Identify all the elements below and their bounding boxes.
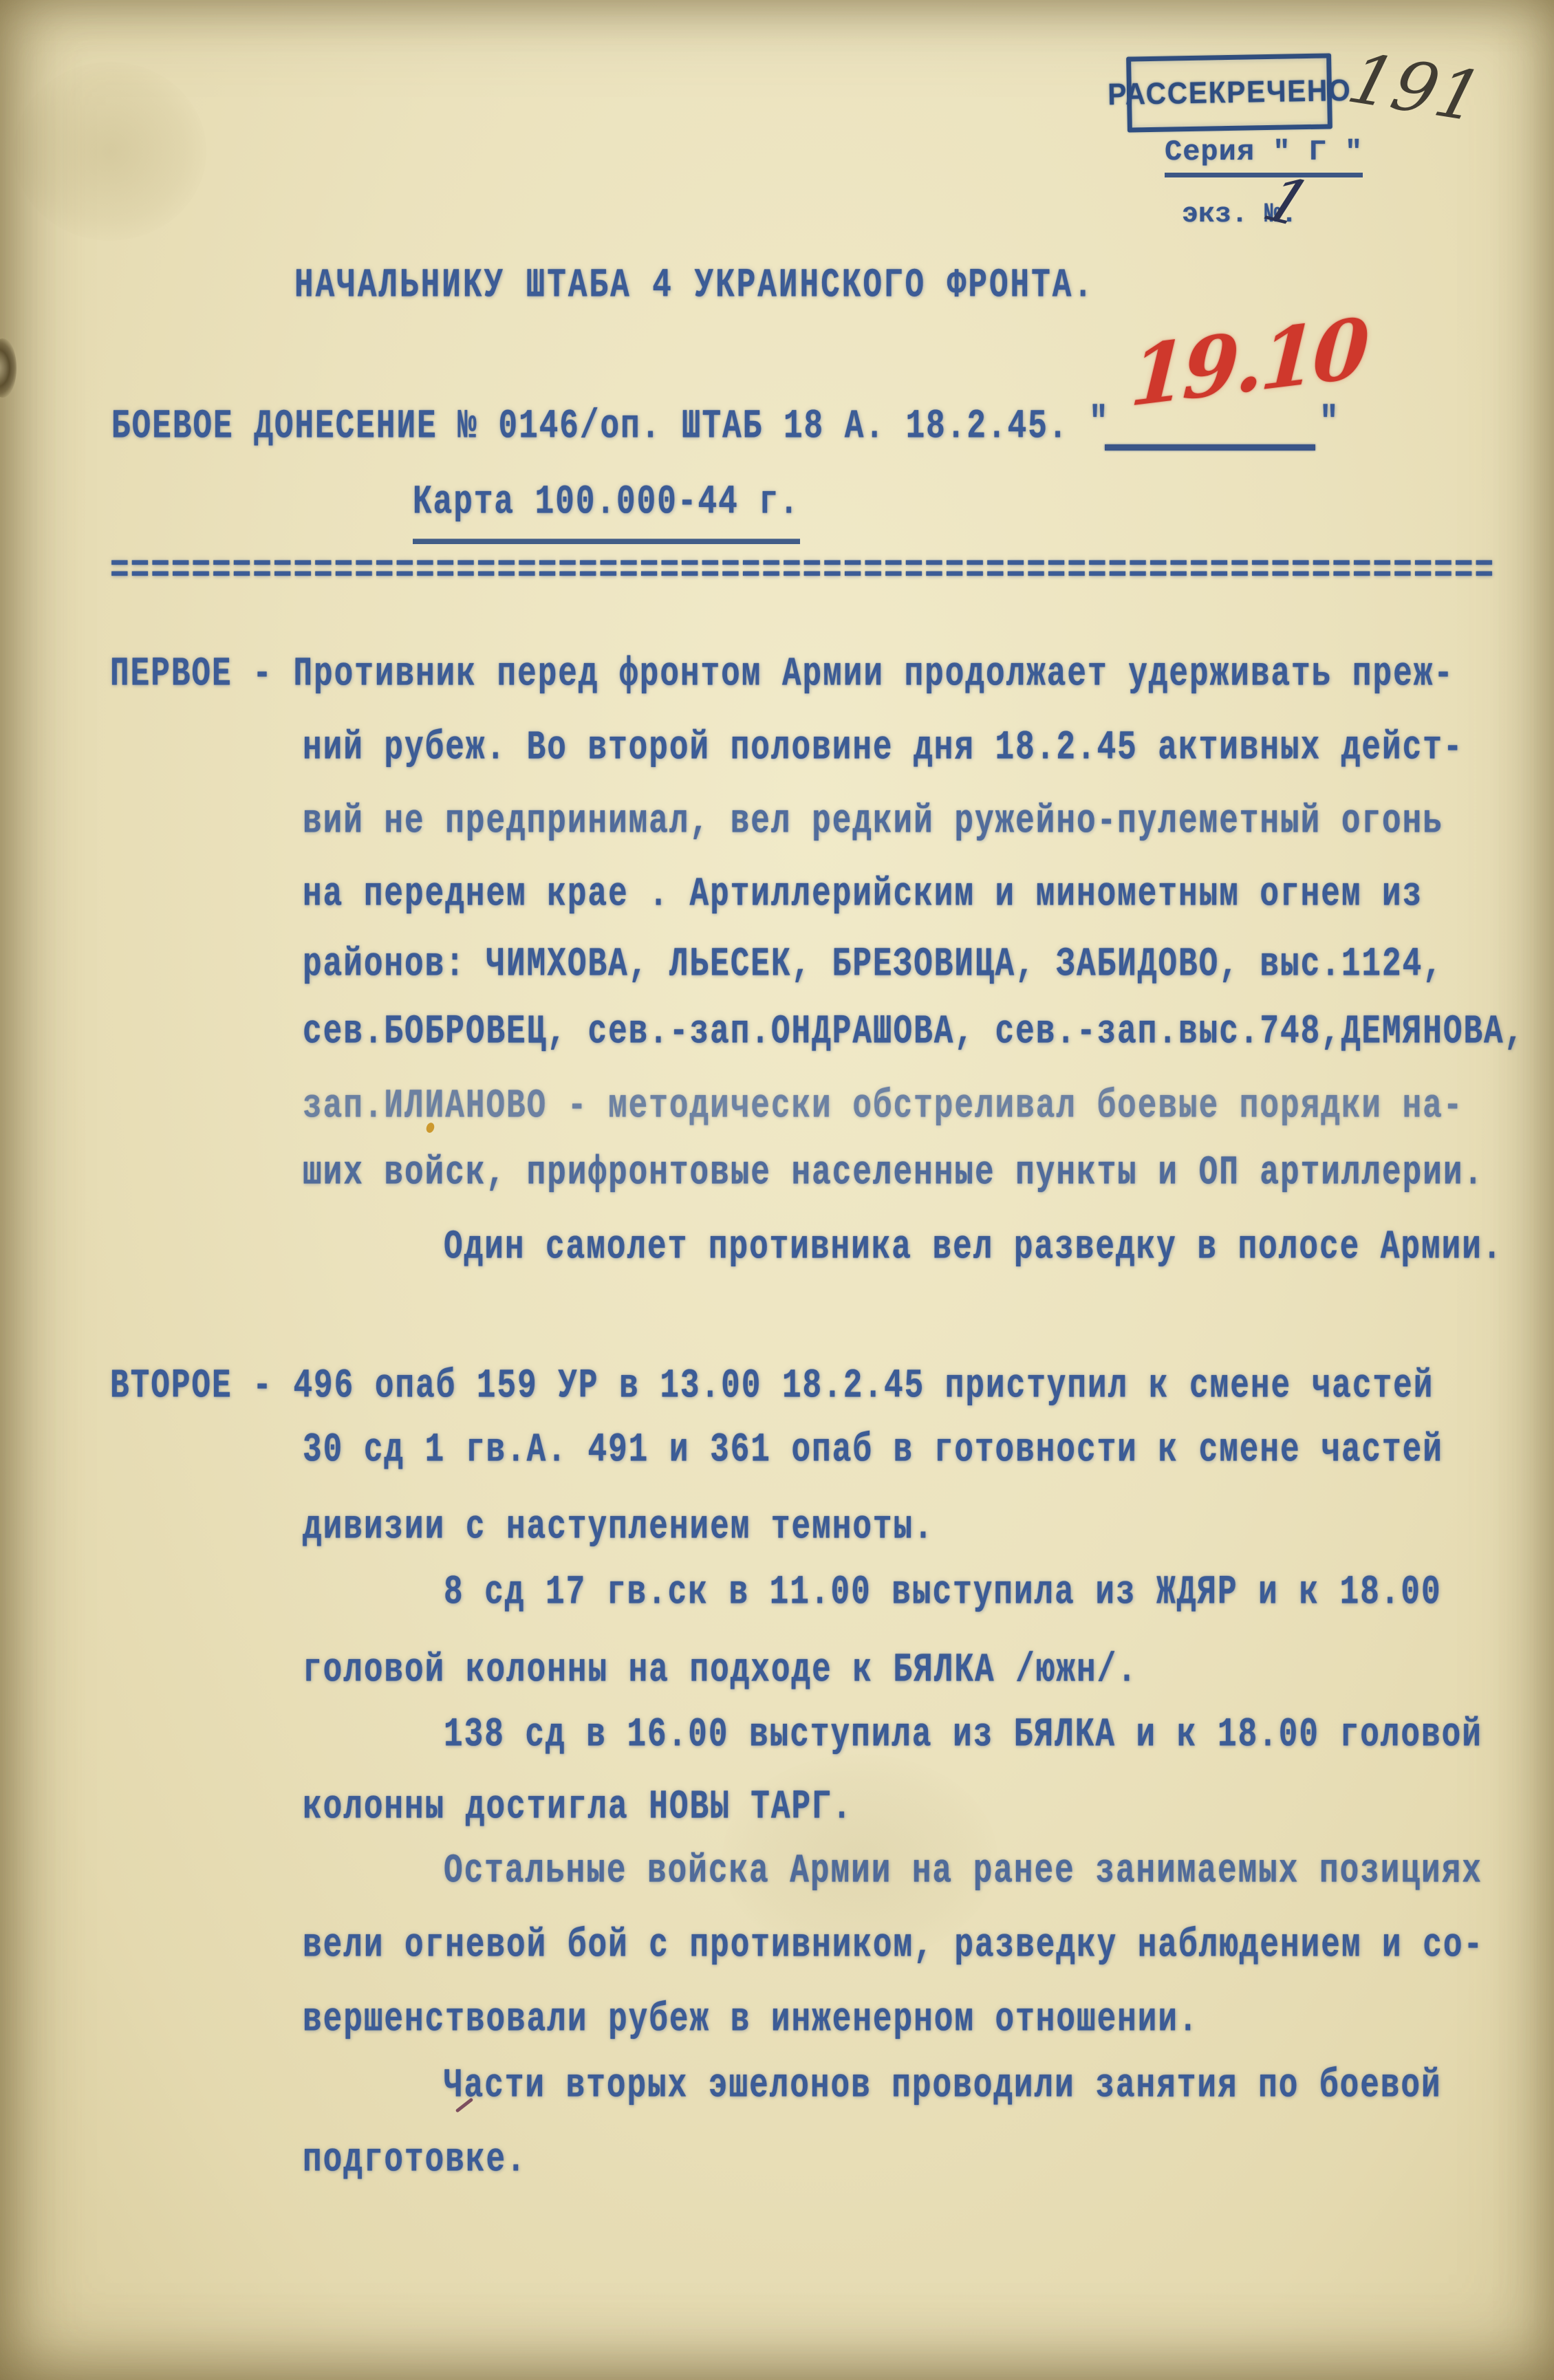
paper-stain	[14, 62, 206, 241]
body-text-line: 30 сд 1 гв.А. 491 и 361 опаб в готовност…	[303, 1429, 1443, 1471]
body-text-line: подготовке.	[303, 2139, 527, 2181]
body-text-line: вий не предпринимал, вел редкий ружейно-…	[303, 801, 1443, 842]
handwritten-archive-number: 191	[1341, 45, 1489, 132]
body-text-line: 8 сд 17 гв.ск в 11.00 выступила из ЖДЯР …	[444, 1572, 1442, 1613]
body-text-line: вели огневой бой с противником, разведку…	[303, 1925, 1484, 1966]
divider-line: ========================================…	[110, 550, 1495, 592]
body-text-line: Части вторых эшелонов проводили занятия …	[444, 2065, 1442, 2106]
addressee-line: НАЧАЛЬНИКУ ШТАБА 4 УКРАИНСКОГО ФРОНТА.	[294, 265, 1094, 306]
body-text-line: Один самолет противника вел разведку в п…	[444, 1226, 1502, 1268]
body-text-line: сев.БОБРОВЕЦ, сев.-зап.ОНДРАШОВА, сев.-з…	[303, 1011, 1524, 1052]
handwritten-copy-number: 1	[1255, 168, 1319, 237]
document-page: РАССЕКРЕЧЕНО 191 Серия " Г " экз. №. 1 Н…	[0, 0, 1554, 2380]
body-text-line: районов: ЧИМХОВА, ЛЬЕСЕК, БРЕЗОВИЦА, ЗАБ…	[303, 944, 1443, 985]
map-line: Карта 100.000-44 г.	[413, 482, 800, 544]
body-text-line: ВТОРОЕ - 496 опаб 159 УР в 13.00 18.2.45…	[110, 1365, 1434, 1407]
body-text-line: 138 сд в 16.00 выступила из БЯЛКА и к 18…	[444, 1714, 1482, 1755]
body-text-line: на переднем крае . Артиллерийским и мино…	[303, 874, 1423, 915]
open-quote: "	[1089, 402, 1110, 444]
body-text-line: Остальные войска Армии на ранее занимаем…	[444, 1850, 1482, 1892]
page-edge-ink-blot	[0, 338, 17, 398]
body-text-line: ПЕРВОЕ - Противник перед фронтом Армии п…	[110, 653, 1454, 695]
body-text-line: зап.ИЛИАНОВО - методически обстреливал б…	[303, 1085, 1463, 1127]
body-text-line: головой колонны на подходе к БЯЛКА /южн/…	[303, 1649, 1138, 1691]
body-text-line: ний рубеж. Во второй половине дня 18.2.4…	[303, 727, 1463, 768]
declassified-stamp: РАССЕКРЕЧЕНО	[1126, 53, 1332, 132]
time-underline	[1105, 444, 1315, 451]
declassified-stamp-label: РАССЕКРЕЧЕНО	[1108, 74, 1352, 112]
close-quote: "	[1319, 402, 1340, 444]
body-text-line: колонны достигла НОВЫ ТАРГ.	[303, 1786, 852, 1828]
body-text-line: дивизии с наступлением темноты.	[303, 1506, 934, 1548]
body-text-line: вершенствовали рубеж в инженерном отноше…	[303, 1999, 1199, 2040]
body-text-line: ших войск, прифронтовые населенные пункт…	[303, 1152, 1484, 1193]
series-line: Серия " Г "	[1165, 138, 1363, 177]
report-title-line: БОЕВОЕ ДОНЕСЕНИЕ № 0146/оп. ШТАБ 18 А. 1…	[111, 406, 1068, 447]
